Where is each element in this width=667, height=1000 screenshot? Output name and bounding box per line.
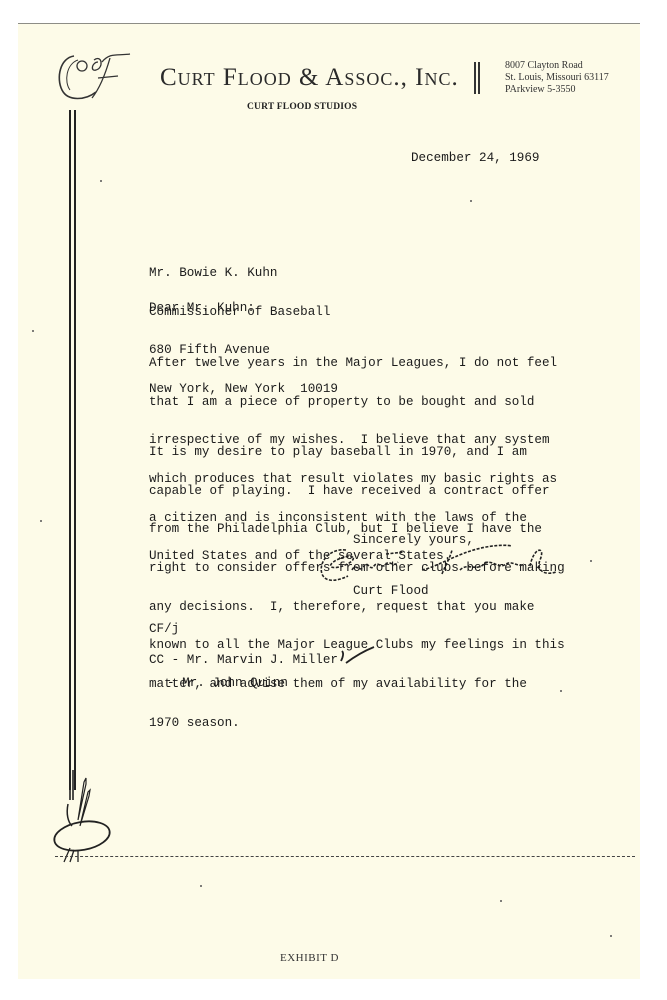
scan-speck [590,560,592,562]
cc-line: - Mr. John Quinn [167,677,288,690]
decorative-vertical-line [69,110,71,790]
paragraph-line: 1970 season. [149,717,565,730]
paragraph-line: It is my desire to play baseball in 1970… [149,446,565,459]
cf-monogram-icon [52,48,132,104]
address-line: 8007 Clayton Road [505,60,609,72]
handwritten-checkmark-icon [338,643,378,667]
scan-speck [200,885,202,887]
cc-line: CC - Mr. Marvin J. Miller [149,654,338,667]
paragraph-line: capable of playing. I have received a co… [149,485,565,498]
letter-date: December 24, 1969 [411,152,539,165]
scan-speck [470,200,472,202]
scan-speck [560,690,562,692]
recipient-line: Mr. Bowie K. Kuhn [149,267,338,280]
scan-speck [610,935,612,937]
handwritten-signature-icon [312,540,572,588]
scan-speck [100,180,102,182]
paragraph-line: After twelve years in the Major Leagues,… [149,357,557,370]
artist-palette-icon [52,770,120,865]
signer-name: Curt Flood [353,585,429,598]
exhibit-label: EXHIBIT D [280,952,339,964]
typist-initials: CF/j [149,623,179,636]
address-line: St. Louis, Missouri 63117 [505,72,609,84]
scan-speck [500,900,502,902]
address-line: PArkview 5-3550 [505,84,609,96]
scan-speck [40,520,42,522]
salutation: Dear Mr. Kuhn: [149,302,255,315]
company-subtitle: CURT FLOOD STUDIOS [247,102,357,112]
company-address: 8007 Clayton Road St. Louis, Missouri 63… [505,60,609,96]
paragraph-line: any decisions. I, therefore, request tha… [149,601,565,614]
scan-speck [32,330,34,332]
paragraph-line: that I am a piece of property to be boug… [149,396,557,409]
bottom-dotted-rule [55,856,635,857]
address-divider [474,62,476,94]
address-divider [478,62,480,94]
company-name: Curt Flood & Assoc., Inc. [160,64,459,92]
decorative-vertical-line [74,110,76,790]
